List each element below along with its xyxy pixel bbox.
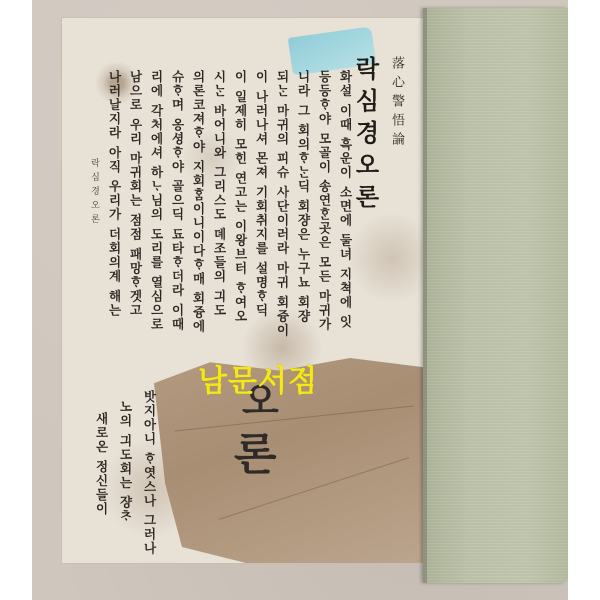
text-column: 슈ᄒᆞ며 옹셩ᄒᆞ야 골으딕 됴타ᄒᆞ더라 이때 xyxy=(169,70,186,337)
lower-text-columns: 밧지아니 ᄒᆞ엿스나 그러나 노의 긔도회는 쟝ᄎᆞ 새로온 정신들이 xyxy=(92,390,158,556)
text-column: 화설 이때 흑운이 소면에 둘녀 지쳑에 잇 xyxy=(337,70,354,337)
cover-label-char: 론 xyxy=(234,418,277,482)
text-column: 의론코져ᄒᆞ야 지회ᄒᆞᆷ이니이다ᄒᆞ매 회즁에 xyxy=(190,70,207,337)
text-column: 남으로 우리 마귀회는 점점 패망ᄒᆞ겟고 xyxy=(127,70,144,337)
text-column: 니라 그 회의ᄒᆞᄂᆞᆫ딕 회쟝은 누구뇨 회쟝 xyxy=(295,70,312,337)
text-column: 리에 각처에셔 하ᄂᆞ님의 도리를 열심으로 xyxy=(148,70,165,337)
text-column: 시ᄂᆞᆫ 바어니와 그리스도 뎨조들의 긔도 xyxy=(211,70,228,337)
text-columns: 화설 이때 흑운이 소면에 둘녀 지쳑에 잇 등등ᄒᆞ야 모골이 송연ᄒᆞᆫ곳은… xyxy=(106,70,354,337)
crease xyxy=(175,405,414,431)
text-column: 이 일제히 모힌 연고는 이왕브터 ᄒᆞ여오 xyxy=(232,70,249,337)
text-column: 새로온 정신들이 xyxy=(92,412,110,556)
cover-edge-shadow xyxy=(423,8,427,583)
text-column: 밧지아니 ᄒᆞ엿스나 그러나 xyxy=(140,390,158,556)
text-column: 등등ᄒᆞ야 모골이 송연ᄒᆞᆫ곳은 모든 마귀가 xyxy=(316,70,333,337)
text-column: 나러날지라 아직 우리가 더회의계 해는 xyxy=(106,70,123,337)
text-column: 되ᄂᆞᆫ 마귀의 피슈 사단이러라 마귀 회즁이 xyxy=(274,70,291,337)
store-watermark: 남문서점 xyxy=(198,356,318,400)
title-block: 落心警悟論 락심경오론 xyxy=(348,56,406,216)
text-column: 이 나러나셔 몬져 기회취지를 설명ᄒᆞ딕 xyxy=(253,70,270,337)
text-column: 노의 긔도회는 쟝ᄎᆞ xyxy=(116,400,134,556)
running-head: 락심경오론 xyxy=(88,158,101,228)
title-hanja: 落心警悟論 xyxy=(387,56,406,216)
book-page: 落心警悟論 락심경오론 화설 이때 흑운이 소면에 둘녀 지쳑에 잇 등등ᄒᆞ야… xyxy=(62,18,428,563)
book-cover-spine xyxy=(423,8,568,583)
